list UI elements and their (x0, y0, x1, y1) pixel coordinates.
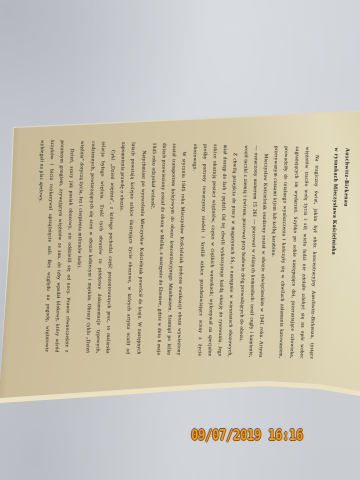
paragraph-1: Na tragiczny świat, jakim był obóz konce… (264, 146, 321, 359)
paragraph-7: Dzień, szary jak pasiak obozowy, nie odd… (30, 140, 76, 353)
photo-scene: Auschwitz-Birkenau w rysunkach Mieczysła… (0, 0, 360, 480)
paragraph-2: Mieczysław Kościelniak osadzony został w… (234, 145, 270, 358)
booklet-page: Auschwitz-Birkenau w rysunkach Mieczysła… (0, 0, 360, 480)
paragraph-3: Z chwilą przejścia do pracy w magazynach… (183, 144, 240, 357)
camera-timestamp: 09/07/2019 16:16 (191, 427, 303, 444)
page-text-block: Auschwitz-Birkenau w rysunkach Mieczysła… (25, 140, 352, 360)
paragraph-4: W styczniu 1945 roku Mieczysław Kościeln… (142, 143, 188, 356)
paragraph-6: Cykl „Dzień więźnia", z którego pochodzi… (71, 141, 117, 354)
paragraph-5: Natychmiast po wyzwoleniu Mieczysław Koś… (111, 142, 147, 355)
